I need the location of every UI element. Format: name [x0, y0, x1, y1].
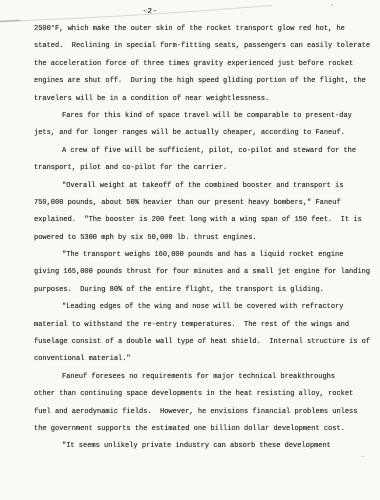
text-line: conventional material."	[34, 351, 376, 368]
text-line: "The transport weighs 160,000 pounds and…	[34, 247, 376, 264]
text-line: "Leading edges of the wing and nose will…	[34, 299, 376, 316]
document-page: -2- 2500°F, which make the outer skin of…	[0, 0, 380, 500]
text-line: "Overall weight at takeoff of the combin…	[34, 178, 376, 195]
text-line: "It seems unlikely private industry can …	[34, 438, 376, 455]
text-line: explained. "The booster is 200 feet long…	[34, 212, 376, 229]
text-line: travelers will be in a condition of near…	[34, 91, 376, 108]
text-line: fuselage consist of a double wall type o…	[34, 334, 376, 351]
text-line: transport, pilot and co-pilot for the ca…	[34, 160, 376, 177]
text-line: material to withstand the re-entry tempe…	[34, 317, 376, 334]
page-number: -2-	[142, 8, 157, 16]
text-line: fuel and aerodynamic fields. However, he…	[34, 404, 376, 421]
text-line: purposes. During 80% of the entire fligh…	[34, 282, 376, 299]
text-line: 2500°F, which make the outer skin of the…	[34, 21, 376, 38]
text-line: giving 165,000 pounds thrust for four mi…	[34, 264, 376, 281]
text-line: other than continuing space developments…	[34, 386, 376, 403]
text-line: stated. Reclining in special form-fittin…	[34, 38, 376, 55]
text-line: engines are shut off. During the high sp…	[34, 73, 376, 90]
scan-speck	[362, 456, 364, 457]
scan-speck	[331, 4, 333, 6]
text-line: A crew of five will be sufficient, pilot…	[34, 143, 376, 160]
text-line: powered to 5300 mph by six 50,000 lb. th…	[34, 230, 376, 247]
text-line: the government supports the estimated on…	[34, 421, 376, 438]
text-line: Faneuf foresees no requirements for majo…	[34, 369, 376, 386]
text-line: 750,000 pounds, about 50% heavier than o…	[34, 195, 376, 212]
text-line: the acceleration force of three times gr…	[34, 56, 376, 73]
text-line: Fares for this kind of space travel will…	[34, 108, 376, 125]
body-text: 2500°F, which make the outer skin of the…	[34, 21, 376, 456]
text-line: jets, and for longer ranges will be actu…	[34, 125, 376, 142]
